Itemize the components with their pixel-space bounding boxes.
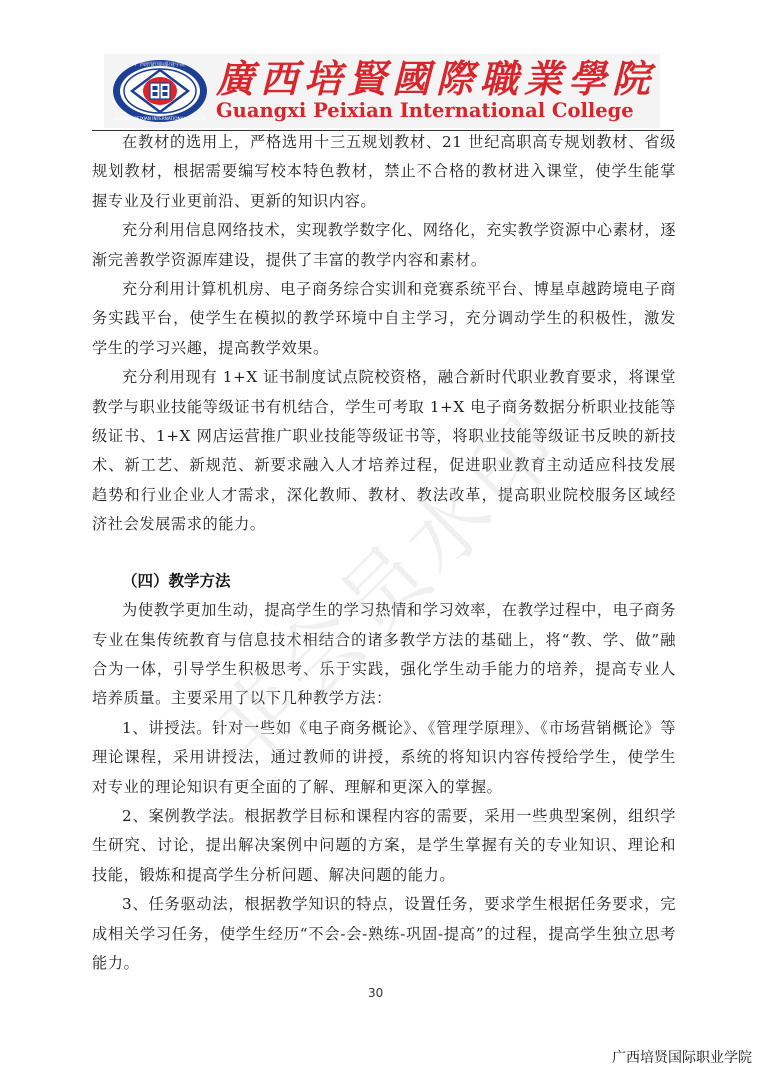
college-seal-icon: 广西培贤国际职业学院 GUANGXI PEIXIAN INTERNATIONAL…: [110, 58, 210, 124]
paragraph-network-resources: 充分利用信息网络技术，实现教学数字化、网络化，充实教学资源中心素材，逐渐完善教学…: [92, 216, 676, 275]
paragraph-training-platforms: 充分利用计算机机房、电子商务综合实训和竞赛系统平台、博星卓越跨境电子商务实践平台…: [92, 275, 676, 363]
svg-text:GUANGXI PEIXIAN INTERNATIONAL: GUANGXI PEIXIAN INTERNATIONAL COLLEGE: [113, 116, 207, 121]
paragraph-1x-certificates: 充分利用现有 1+X 证书制度试点院校资格，融合新时代职业教育要求，将课堂教学与…: [92, 363, 676, 539]
document-body: 在教材的选用上，严格选用十三五规划教材、21 世纪高职高专规划教材、省级规划教材…: [92, 128, 676, 978]
footer-institution-label: 广西培贤国际职业学院: [612, 1047, 752, 1067]
paragraph-task-driven-method: 3、任务驱动法，根据教学知识的特点，设置任务，要求学生根据任务要求，完成相关学习…: [92, 890, 676, 978]
college-name-en: Guangxi Peixian International College: [216, 98, 656, 124]
section-heading-teaching-methods: （四）教学方法: [92, 567, 676, 596]
paragraph-methods-intro: 为使教学更加生动，提高学生的学习热情和学习效率，在教学过程中，电子商务专业在集传…: [92, 596, 676, 714]
svg-text:广西培贤国际职业学院: 广西培贤国际职业学院: [135, 61, 185, 68]
header-banner: 广西培贤国际职业学院 GUANGXI PEIXIAN INTERNATIONAL…: [104, 54, 660, 128]
paragraph-textbook-selection: 在教材的选用上，严格选用十三五规划教材、21 世纪高职高专规划教材、省级规划教材…: [92, 128, 676, 216]
page-number: 30: [368, 986, 383, 1000]
paragraph-lecture-method: 1、讲授法。针对一些如《电子商务概论》、《管理学原理》、《市场营销概论》等理论课…: [92, 714, 676, 802]
paragraph-case-method: 2、案例教学法。根据教学目标和课程内容的需要，采用一些典型案例，组织学生研究、讨…: [92, 802, 676, 890]
college-name-cn: 廣西培賢國際職業學院: [216, 58, 656, 100]
